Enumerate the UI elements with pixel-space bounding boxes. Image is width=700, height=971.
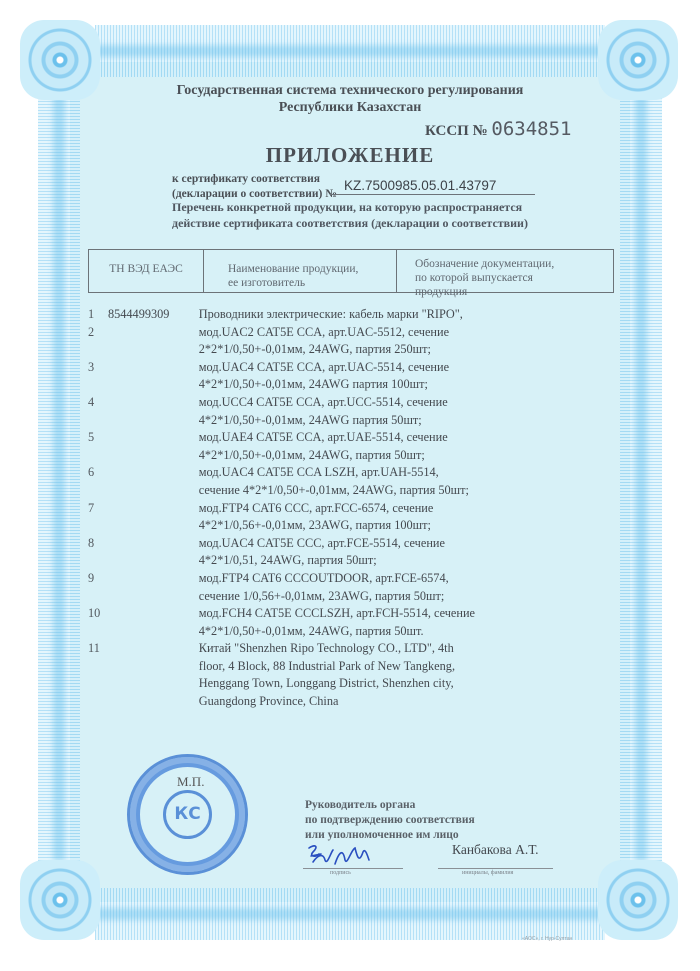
row-number	[88, 693, 108, 711]
hs-code	[108, 359, 199, 377]
hs-code	[108, 500, 199, 518]
certificate-number: KZ.7500985.05.01.43797	[344, 178, 496, 193]
hs-code	[108, 535, 199, 553]
product-description: Проводники электрические: кабель марки "…	[199, 306, 528, 324]
header-documentation-line-1: Обозначение документации,	[415, 257, 613, 271]
product-description: мод.UAE4 CAT5E CCA, арт.UAE-5514, сечени…	[199, 429, 528, 447]
guilloche-border-right	[620, 95, 662, 861]
product-description: сечение 4*2*1/0,50+-0,01мм, 24AWG, парти…	[199, 482, 528, 500]
row-number: 11	[88, 640, 108, 658]
table-row: 3мод.UAC4 CAT5E CCA, арт.UAC-5514, сечен…	[88, 359, 528, 377]
guilloche-border-bottom	[95, 888, 605, 940]
hs-code	[108, 605, 199, 623]
hs-code	[108, 447, 199, 465]
product-description: 4*2*1/0,50+-0,01мм, 24AWG партия 50шт;	[199, 412, 528, 430]
seal-emblem: КС	[163, 790, 212, 839]
product-description: floor, 4 Block, 88 Industrial Park of Ne…	[199, 658, 528, 676]
kssp-label: КССП №	[425, 123, 488, 139]
row-number	[88, 447, 108, 465]
handwritten-signature-icon	[305, 842, 388, 868]
name-caption: инициалы, фамилия	[462, 870, 513, 876]
table-row: 4*2*1/0,50+-0,01мм, 24AWG партия 100шт;	[88, 376, 528, 394]
row-number	[88, 412, 108, 430]
hs-code	[108, 376, 199, 394]
table-row: 2мод.UAC2 CAT5E CCA, арт.UAC-5512, сечен…	[88, 324, 528, 342]
table-row: 9мод.FTP4 CAT6 CCCOUTDOOR, арт.FCE-6574,	[88, 570, 528, 588]
table-row: сечение 1/0,56+-0,01мм, 23AWG, партия 50…	[88, 588, 528, 606]
hs-code	[108, 394, 199, 412]
product-description: Китай "Shenzhen Ripo Technology CO., LTD…	[199, 640, 528, 658]
product-description: сечение 1/0,56+-0,01мм, 23AWG, партия 50…	[199, 588, 528, 606]
issuing-authority: Государственная система технического рег…	[0, 82, 700, 116]
official-seal-icon: КС	[127, 754, 248, 875]
row-number	[88, 517, 108, 535]
header-hs-code: ТН ВЭД ЕАЭС	[89, 250, 204, 292]
hs-code	[108, 623, 199, 641]
product-description: мод.UAC4 CAT5E CCC, арт.FCE-5514, сечени…	[199, 535, 528, 553]
table-row: 4*2*1/0,51, 24AWG, партия 50шт;	[88, 552, 528, 570]
row-number	[88, 658, 108, 676]
authority-line-1: Государственная система технического рег…	[0, 82, 700, 99]
signatory-name: Канбакова А.Т.	[452, 842, 538, 858]
table-row: floor, 4 Block, 88 Industrial Park of Ne…	[88, 658, 528, 676]
row-number	[88, 376, 108, 394]
hs-code	[108, 675, 199, 693]
table-row: 4*2*1/0,50+-0,01мм, 24AWG партия 50шт;	[88, 412, 528, 430]
scope-description: Перечень конкретной продукции, на котору…	[172, 199, 528, 231]
signature-line	[303, 868, 403, 869]
header-product-name-line-2: ее изготовитель	[228, 276, 396, 290]
product-description: 4*2*1/0,50+-0,01мм, 24AWG, партия 50шт;	[199, 447, 528, 465]
product-description: мод.FTP4 CAT6 CCC, арт.FCC-6574, сечение	[199, 500, 528, 518]
table-row: Henggang Town, Longgang District, Shenzh…	[88, 675, 528, 693]
product-description: мод.UAC2 CAT5E CCA, арт.UAC-5512, сечени…	[199, 324, 528, 342]
hs-code	[108, 464, 199, 482]
table-row: 4мод.UCC4 CAT5E CCA, арт.UCC-5514, сечен…	[88, 394, 528, 412]
hs-code	[108, 517, 199, 535]
guilloche-border-left	[38, 95, 80, 861]
hs-code	[108, 482, 199, 500]
hs-code	[108, 640, 199, 658]
hs-code	[108, 570, 199, 588]
product-description: мод.UCC4 CAT5E CCA, арт.UCC-5514, сечени…	[199, 394, 528, 412]
table-row: 7мод.FTP4 CAT6 CCC, арт.FCC-6574, сечени…	[88, 500, 528, 518]
row-number	[88, 675, 108, 693]
row-number: 10	[88, 605, 108, 623]
signatory-title-line-2: по подтверждению соответствия	[305, 813, 475, 828]
row-number: 8	[88, 535, 108, 553]
signatory-title-line-3: или уполномоченное им лицо	[305, 828, 475, 843]
table-row: 4*2*1/0,50+-0,01мм, 24AWG, партия 50шт.	[88, 623, 528, 641]
table-row: 10мод.FCH4 CAT5E CCCLSZH, арт.FCH-5514, …	[88, 605, 528, 623]
scope-line-1: Перечень конкретной продукции, на котору…	[172, 199, 528, 215]
product-description: мод.FTP4 CAT6 CCCOUTDOOR, арт.FCE-6574,	[199, 570, 528, 588]
header-documentation-line-2: по которой выпускается	[415, 271, 613, 285]
row-number: 3	[88, 359, 108, 377]
table-row: 6мод.UAC4 CAT5E CCA LSZH, арт.UAH-5514,	[88, 464, 528, 482]
printer-mark: «АОС», г. Нур-Султан	[522, 936, 572, 942]
rosette-icon	[598, 860, 678, 940]
row-number: 9	[88, 570, 108, 588]
row-number	[88, 482, 108, 500]
hs-code	[108, 588, 199, 606]
row-number	[88, 623, 108, 641]
hs-code	[108, 412, 199, 430]
product-description: 4*2*1/0,56+-0,01мм, 23AWG, партия 100шт;	[199, 517, 528, 535]
name-line	[438, 868, 553, 869]
hs-code: 8544499309	[108, 306, 199, 324]
row-number	[88, 552, 108, 570]
product-description: 2*2*1/0,50+-0,01мм, 24AWG, партия 250шт;	[199, 341, 528, 359]
header-documentation: Обозначение документации, по которой вып…	[397, 250, 613, 292]
row-number: 1	[88, 306, 108, 324]
product-description: мод.FCH4 CAT5E CCCLSZH, арт.FCH-5514, се…	[199, 605, 528, 623]
table-header: ТН ВЭД ЕАЭС Наименование продукции, ее и…	[88, 249, 614, 293]
table-row: 4*2*1/0,56+-0,01мм, 23AWG, партия 100шт;	[88, 517, 528, 535]
kssp-number: 0634851	[491, 118, 571, 140]
row-number	[88, 341, 108, 359]
hs-code	[108, 658, 199, 676]
hs-code	[108, 429, 199, 447]
product-description: 4*2*1/0,50+-0,01мм, 24AWG, партия 50шт.	[199, 623, 528, 641]
rosette-icon	[20, 860, 100, 940]
product-description: Guangdong Province, China	[199, 693, 528, 711]
authority-line-2: Республики Казахстан	[0, 99, 700, 116]
row-number: 7	[88, 500, 108, 518]
table-row: 4*2*1/0,50+-0,01мм, 24AWG, партия 50шт;	[88, 447, 528, 465]
table-row: Guangdong Province, China	[88, 693, 528, 711]
signature-caption: подпись	[330, 870, 351, 876]
table-row: сечение 4*2*1/0,50+-0,01мм, 24AWG, парти…	[88, 482, 528, 500]
certificate-sheet: Государственная система технического рег…	[0, 0, 700, 971]
hs-code	[108, 552, 199, 570]
row-number: 2	[88, 324, 108, 342]
product-list: 18544499309Проводники электрические: каб…	[88, 306, 528, 711]
header-product-name: Наименование продукции, ее изготовитель	[204, 250, 397, 292]
product-description: Henggang Town, Longgang District, Shenzh…	[199, 675, 528, 693]
certificate-label-line-1: к сертификату соответствия	[172, 172, 337, 187]
row-number	[88, 588, 108, 606]
header-documentation-line-3: продукция	[415, 285, 613, 299]
certificate-number-underline	[330, 194, 535, 195]
product-description: 4*2*1/0,51, 24AWG, партия 50шт;	[199, 552, 528, 570]
table-row: 8мод.UAC4 CAT5E CCC, арт.FCE-5514, сечен…	[88, 535, 528, 553]
certificate-label: к сертификату соответствия (декларации о…	[172, 172, 337, 202]
product-description: 4*2*1/0,50+-0,01мм, 24AWG партия 100шт;	[199, 376, 528, 394]
product-description: мод.UAC4 CAT5E CCA LSZH, арт.UAH-5514,	[199, 464, 528, 482]
table-row: 18544499309Проводники электрические: каб…	[88, 306, 528, 324]
guilloche-border-top	[95, 25, 605, 77]
signatory-title-line-1: Руководитель органа	[305, 798, 475, 813]
row-number: 6	[88, 464, 108, 482]
product-description: мод.UAC4 CAT5E CCA, арт.UAC-5514, сечени…	[199, 359, 528, 377]
row-number: 5	[88, 429, 108, 447]
page-title: ПРИЛОЖЕНИЕ	[0, 143, 700, 168]
table-row: 2*2*1/0,50+-0,01мм, 24AWG, партия 250шт;	[88, 341, 528, 359]
kssp-number-block: КССП № 0634851	[425, 118, 572, 140]
scope-line-2: действие сертификата соответствия (декла…	[172, 215, 528, 231]
header-product-name-line-1: Наименование продукции,	[228, 262, 396, 276]
seal-place-label: М.П.	[177, 774, 204, 790]
signatory-title: Руководитель органа по подтверждению соо…	[305, 798, 475, 843]
hs-code	[108, 693, 199, 711]
table-row: 11Китай "Shenzhen Ripo Technology CO., L…	[88, 640, 528, 658]
row-number: 4	[88, 394, 108, 412]
hs-code	[108, 324, 199, 342]
table-row: 5мод.UAE4 CAT5E CCA, арт.UAE-5514, сечен…	[88, 429, 528, 447]
hs-code	[108, 341, 199, 359]
